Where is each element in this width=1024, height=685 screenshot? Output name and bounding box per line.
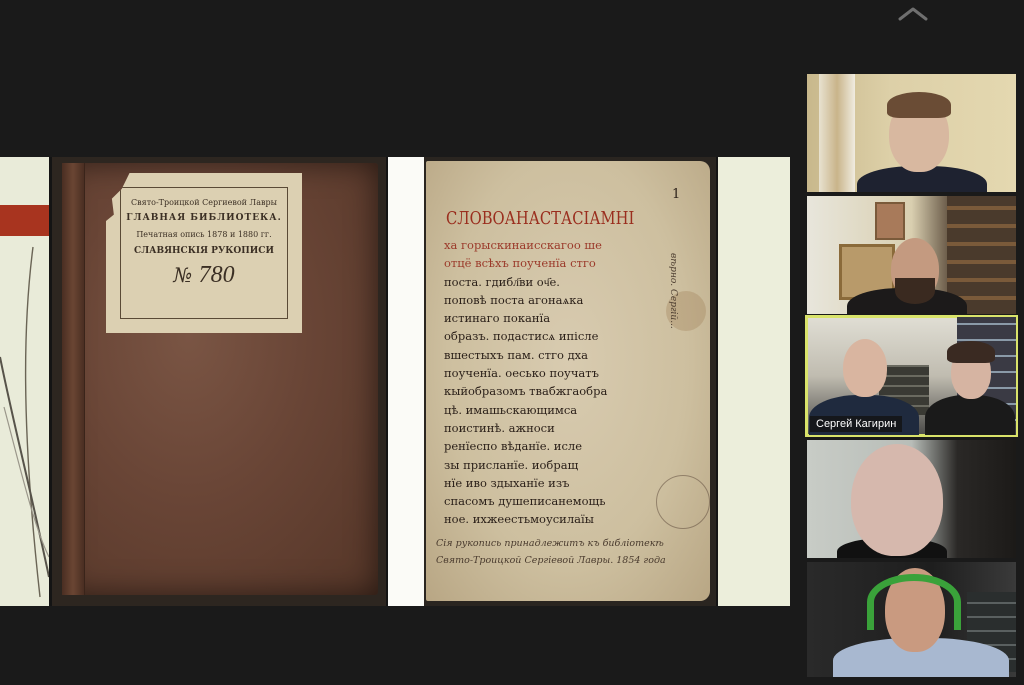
margin-note: вѣрно. Сергій... (668, 253, 678, 329)
ms-line: поповѣ поста агонаѧка (444, 291, 694, 309)
ms-line: образъ. подастисѧ ипісле (444, 327, 694, 345)
book-cover-photo: Свято-Троицкой Сергиевой Лавры ГЛАВНАЯ Б… (52, 157, 386, 606)
ms-line: поста. гдибл҃ви оч҃е. (444, 273, 694, 291)
ms-line: ное. ихжеестьмоусилаїы (444, 510, 694, 528)
manuscript-footer: Сія рукопись принадлежитъ къ библіотекѣ … (436, 535, 666, 569)
label-line-2: ГЛАВНАЯ БИБЛИОТЕКА. (121, 213, 287, 224)
ms-line: ренїеспо вѣданїе. исле (444, 437, 694, 455)
collapse-panel-button[interactable] (896, 4, 930, 24)
participant-body (925, 395, 1015, 435)
ms-line: зы присланїе. иобращ (444, 456, 694, 474)
participant-name-label: Сергей Кагирин (810, 416, 902, 432)
shared-screen[interactable]: Свято-Троицкой Сергиевой Лавры ГЛАВНАЯ Б… (0, 157, 790, 606)
footer-line-2: Свято-Троицкой Сергіевой Лавры. 1854 год… (436, 552, 666, 569)
chevron-up-icon (896, 4, 930, 24)
label-number: № 780 (121, 260, 287, 290)
library-label: Свято-Троицкой Сергиевой Лавры ГЛАВНАЯ Б… (106, 173, 302, 333)
ms-line: кыйобразомъ твабжгаобра (444, 382, 694, 400)
participant-video-tile[interactable] (807, 562, 1016, 677)
ms-line: отцё всѣхъ поученїа стго (444, 254, 694, 272)
participant-hair (947, 341, 995, 363)
label-line-4: СЛАВЯНСКІЯ РУКОПИСИ (121, 246, 287, 257)
label-number-prefix: № (173, 263, 192, 287)
book-cover: Свято-Троицкой Сергиевой Лавры ГЛАВНАЯ Б… (62, 163, 378, 595)
picture-frame (875, 202, 905, 240)
manuscript-photo: 1 СЛОВОАНАСТАСІАМНІ ха горыскинаисскагоо… (424, 157, 716, 606)
curtain-background (819, 74, 855, 192)
library-stamp (656, 475, 710, 529)
participant-video-tile-active[interactable]: Сергей Кагирин (807, 317, 1016, 435)
ms-line: истинаго поканїа (444, 309, 694, 327)
manuscript-page: 1 СЛОВОАНАСТАСІАМНІ ха горыскинаисскагоо… (426, 161, 710, 601)
participant-face (843, 339, 887, 397)
slide-right-margin (718, 157, 790, 606)
label-line-3: Печатная опись 1878 и 1880 гг. (121, 230, 287, 240)
ms-line: поученїа. оесько поучатъ (444, 364, 694, 382)
manuscript-text: ха горыскинаисскагоо ше отцё всѣхъ поуче… (444, 236, 694, 529)
participant-video-tile[interactable] (807, 196, 1016, 314)
slide-left-decoration (0, 157, 49, 606)
ms-line: поистинѣ. ажноси (444, 419, 694, 437)
participant-video-tile[interactable] (807, 440, 1016, 558)
ms-line: вшестыхъ пам. стго дха (444, 346, 694, 364)
slide-grass-decoration (0, 157, 49, 606)
ms-line: нїе иво здыханїе изъ (444, 474, 694, 492)
participant-beard (895, 278, 935, 304)
manuscript-title: СЛОВОАНАСТАСІАМНІ (446, 208, 634, 229)
footer-line-1: Сія рукопись принадлежитъ къ библіотекѣ (436, 535, 666, 552)
folio-number: 1 (672, 187, 680, 202)
slide-gap (388, 157, 424, 606)
participant-hair (887, 92, 951, 118)
ms-line: ха горыскинаисскагоо ше (444, 236, 694, 254)
label-line-1: Свято-Троицкой Сергиевой Лавры (121, 198, 287, 208)
participant-video-tile[interactable] (807, 74, 1016, 192)
book-spine (62, 163, 85, 595)
ms-line: цѣ. имашьскающимса (444, 401, 694, 419)
headphones-icon (867, 574, 961, 630)
label-number-value: 780 (199, 262, 235, 288)
participant-face (851, 444, 943, 556)
